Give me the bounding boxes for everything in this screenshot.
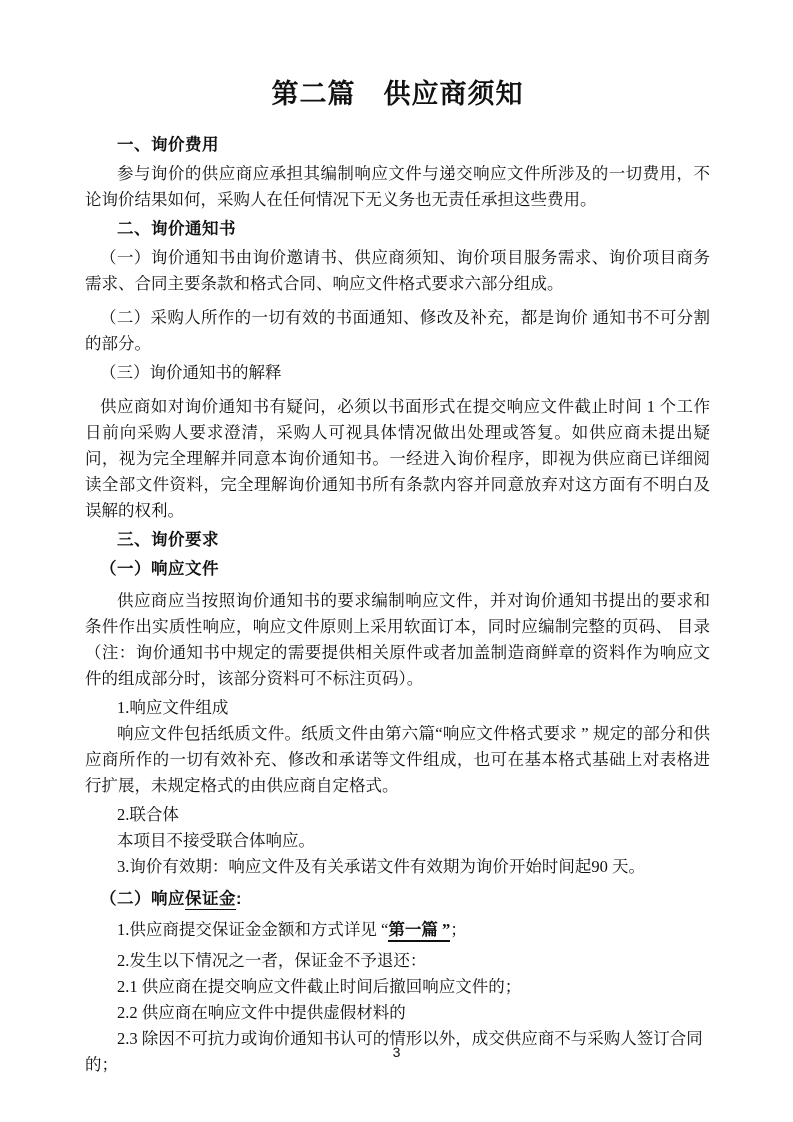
section-3-sub-1-heading: （一）响应文件 [85, 556, 710, 582]
response-file-item-2-title: 2.联合体 [85, 802, 710, 828]
bond-item-1-suffix: ； [450, 920, 467, 939]
section-1-body: 参与询价的供应商应承担其编制响应文件与递交响应文件所涉及的一切费用，不论询价结果… [85, 161, 710, 213]
section-2-item-3-title: （三）询价通知书的解释 [85, 360, 710, 386]
bond-item-2: 2.发生以下情况之一者，保证金不予退还： [85, 948, 710, 974]
sub-2-heading-prefix: （二）响应 [100, 890, 185, 908]
document-title: 第二篇 供应商须知 [85, 76, 710, 112]
section-2-item-2: （二）采购人所作的一切有效的书面通知、修改及补充，都是询价 通知书不可分割的部分… [85, 305, 710, 357]
bond-item-2-2: 2.2 供应商在响应文件中提供虚假材料的 [85, 1000, 710, 1026]
sub-2-heading-suffix: : [236, 890, 242, 908]
section-2-heading: 二、询价通知书 [85, 216, 710, 242]
document-page: 第二篇 供应商须知 一、询价费用 参与询价的供应商应承担其编制响应文件与递交响应… [0, 0, 793, 1122]
bond-item-1-prefix: 1.供应商提交保证金金额和方式详见 “ [117, 920, 388, 939]
bond-item-2-1: 2.1 供应商在提交响应文件截止时间后撤回响应文件的； [85, 974, 710, 1000]
section-3-sub-2-heading: （二）响应保证金: [85, 886, 710, 912]
section-3-heading: 三、询价要求 [85, 527, 710, 553]
section-1-heading: 一、询价费用 [85, 132, 710, 158]
bond-item-1: 1.供应商提交保证金金额和方式详见 “第一篇 ”； [85, 917, 710, 943]
page-number: 3 [0, 1044, 793, 1060]
response-file-item-1-body: 响应文件包括纸质文件。纸质文件由第六篇“响应文件格式要求 ” 规定的部分和供应商… [85, 721, 710, 799]
document-content: 第二篇 供应商须知 一、询价费用 参与询价的供应商应承担其编制响应文件与递交响应… [85, 76, 710, 1078]
response-file-item-2-body: 本项目不接受联合体响应。 [85, 828, 710, 854]
section-2-item-3-body: 供应商如对询价通知书有疑问，必须以书面形式在提交响应文件截止时间 1 个工作日前… [85, 394, 710, 524]
response-file-item-3: 3.询价有效期：响应文件及有关承诺文件有效期为询价开始时间起90 天。 [85, 854, 710, 880]
section-2-item-1: （一）询价通知书由询价邀请书、供应商须知、询价项目服务需求、询价项目商务需求、合… [85, 245, 710, 297]
sub-2-heading-underlined-term: 保证金 [185, 890, 236, 910]
section-3-sub-1-intro: 供应商应当按照询价通知书的要求编制响应文件，并对询价通知书提出的要求和条件作出实… [85, 588, 710, 692]
response-file-item-1-title: 1.响应文件组成 [85, 695, 710, 721]
bond-item-1-reference: 第一篇 ” [388, 920, 450, 942]
